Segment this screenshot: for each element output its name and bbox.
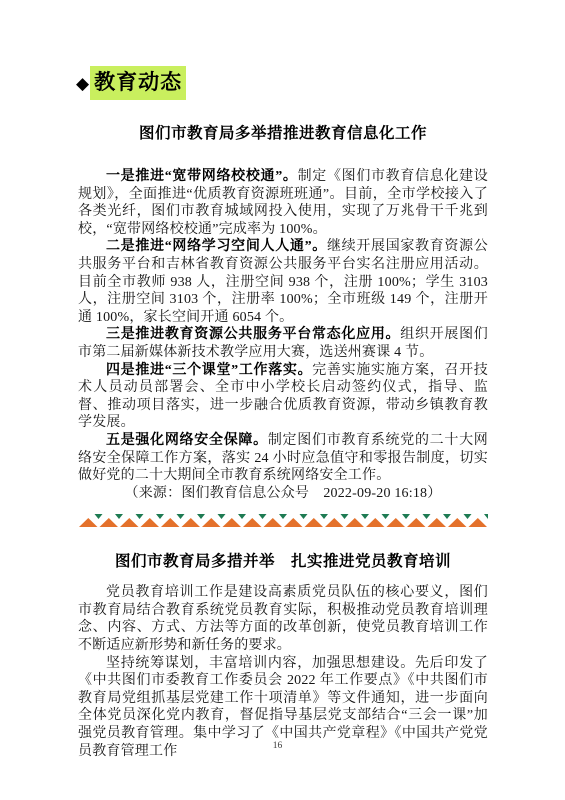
zigzag-divider	[78, 514, 488, 528]
paragraph-2-lead: 二是推进“网络学习空间人人通”。	[106, 239, 327, 254]
diamond-bullet-icon: ◆	[76, 75, 89, 92]
article1-title: 图们市教育局多举措推进教育信息化工作	[78, 121, 488, 143]
article2-body: 党员教育培训工作是建设高素质党员队伍的核心要义，图们市教育局结合教育系统党员教育…	[78, 584, 488, 760]
paragraph-1: 一是推进“宽带网络校校通”。制定《图们市教育信息化建设规划》，全面推进“优质教育…	[78, 168, 488, 238]
paragraph-6: 党员教育培训工作是建设高素质党员队伍的核心要义，图们市教育局结合教育系统党员教育…	[78, 584, 488, 654]
page-number: 16	[0, 741, 555, 751]
paragraph-5: 五是强化网络安全保障。制定图们市教育系统党的二十大网络安全保障工作方案，落实 2…	[78, 432, 488, 485]
paragraph-4: 四是推进“三个课堂”工作落实。完善实施实施方案，召开技术人员动员部署会、全市中小…	[78, 362, 488, 432]
article2-title: 图们市教育局多措并举 扎实推进党员教育培训	[78, 549, 488, 571]
source-line: （来源：图们教育信息公众号 2022-09-20 16:18）	[78, 485, 488, 503]
document-page: ◆ 教育动态 图们市教育局多举措推进教育信息化工作 一是推进“宽带网络校校通”。…	[0, 0, 565, 800]
paragraph-1-lead: 一是推进“宽带网络校校通”。	[106, 169, 298, 184]
paragraph-3: 三是推进教育资源公共服务平台常态化应用。组织开展图们市第二届新媒体新技术教学应用…	[78, 326, 488, 361]
article1-body: 一是推进“宽带网络校校通”。制定《图们市教育信息化建设规划》，全面推进“优质教育…	[78, 168, 488, 502]
paragraph-5-lead: 五是强化网络安全保障。	[106, 433, 268, 448]
paragraph-3-lead: 三是推进教育资源公共服务平台常态化应用。	[106, 327, 400, 342]
zigzag-divider-svg	[78, 514, 488, 528]
paragraph-4-lead: 四是推进“三个课堂”工作落实。	[106, 363, 312, 378]
section-header-label: 教育动态	[90, 66, 186, 100]
section-header: ◆ 教育动态	[76, 66, 488, 100]
paragraph-2: 二是推进“网络学习空间人人通”。继续开展国家教育资源公共服务平台和吉林省教育资源…	[78, 238, 488, 326]
